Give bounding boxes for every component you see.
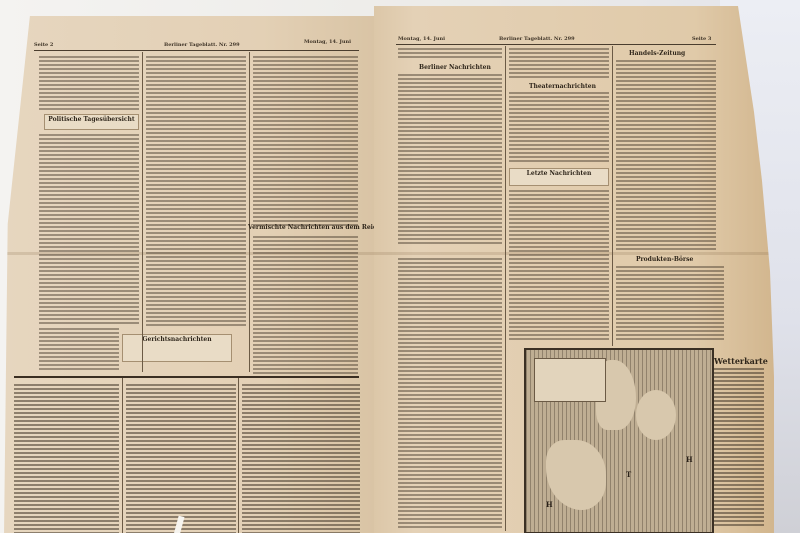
section-heading: Gerichtsnachrichten [122,334,232,362]
header-rule [396,44,716,45]
right-newspaper-page: Montag, 14. Juni Berliner Tageblatt. Nr.… [374,6,774,533]
text-column [253,236,358,376]
text-column [398,74,502,244]
section-heading: Theaternachrichten [529,83,596,90]
column-divider [238,378,239,533]
column-divider [142,52,143,372]
text-column [398,258,502,528]
section-heading: Politische Tagesübersicht [44,114,139,130]
masthead: Berliner Tageblatt. Nr. 299 [164,42,240,48]
page-label: Seite 3 [692,36,711,42]
text-column [509,48,609,78]
section-heading: Vermischte Nachrichten aus dem Reiche [248,224,385,231]
column-divider [122,378,123,533]
weather-map: H T H [524,348,714,533]
pressure-label: H [546,500,553,509]
text-column [39,134,139,324]
text-column [398,48,502,60]
page-label: Seite 2 [34,42,53,48]
map-legend [534,358,606,402]
column-divider [505,46,506,531]
text-column [509,92,609,162]
text-column [509,190,609,340]
column-divider [249,52,250,372]
heading-text: Politische Tagesübersicht [48,116,134,123]
text-column [616,60,716,250]
text-column [616,266,724,341]
text-column [126,384,236,533]
date: Montag, 14. Juni [304,39,351,45]
section-heading: Letzte Nachrichten [509,168,609,186]
map-landmass [636,390,676,440]
date: Montag, 14. Juni [398,36,445,42]
text-column [242,384,360,533]
text-column [146,56,246,326]
section-heading: Handels-Zeitung [629,50,685,57]
column-divider [612,46,613,346]
text-column [39,56,139,111]
heading-text: Gerichtsnachrichten [142,336,211,343]
text-column [714,368,764,528]
heading-text: Letzte Nachrichten [527,170,592,177]
header-rule [34,50,359,51]
pressure-label: T [626,470,631,479]
section-rule [14,376,359,378]
text-column [39,328,119,370]
section-heading: Produkten-Börse [636,256,693,263]
text-column [14,384,119,533]
section-heading: Berliner Nachrichten [419,64,491,71]
text-column [253,56,358,226]
section-heading: Wetterkarte [714,356,768,366]
pressure-label: H [686,455,693,464]
masthead: Berliner Tageblatt. Nr. 299 [499,36,575,42]
left-newspaper-page: Seite 2 Berliner Tageblatt. Nr. 299 Mont… [4,16,374,533]
